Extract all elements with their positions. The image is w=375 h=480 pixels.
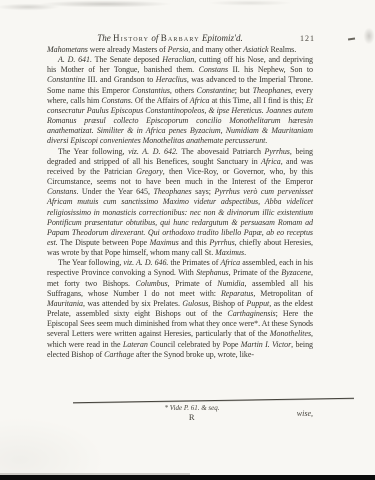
text-segment: after the Synod broke up, wrote, like- bbox=[134, 350, 254, 359]
text-segment: , was attended by six Prelates. bbox=[83, 299, 182, 308]
margin-mark bbox=[348, 38, 355, 40]
text-segment: , Primate of the bbox=[229, 268, 282, 277]
text-segment: The Senate deposed bbox=[92, 55, 162, 64]
text-segment: Constantine bbox=[47, 75, 85, 84]
text-segment: Gulosus bbox=[182, 299, 208, 308]
text-segment: , Bishop of bbox=[208, 299, 246, 308]
text-segment: Lateran bbox=[123, 340, 148, 349]
text-segment: Council celebrated by Pope bbox=[148, 340, 241, 349]
text-segment: The abovesaid Patriarch bbox=[178, 147, 265, 156]
body-paragraph: The Year following, viz. A. D. 646. the … bbox=[47, 258, 313, 360]
footnote-rule bbox=[73, 398, 354, 403]
text-segment: . Under the Year 645, bbox=[76, 187, 153, 196]
text-segment: Monothelites bbox=[270, 329, 311, 338]
text-segment: Africa bbox=[220, 258, 240, 267]
page-number: 121 bbox=[300, 34, 315, 43]
text-segment: were already Masters of bbox=[88, 45, 168, 54]
text-segment: III. and Grandson to bbox=[85, 75, 156, 84]
text-segment: The bbox=[97, 33, 113, 43]
text-segment: Heraclian bbox=[162, 55, 194, 64]
text-segment: , Primate of bbox=[168, 279, 218, 288]
text-segment: Reparatus bbox=[221, 289, 253, 298]
text-segment: , and many other bbox=[188, 45, 243, 54]
text-segment: , Metropolitan of bbox=[253, 289, 313, 298]
text-segment: II. his Nephew, Son to bbox=[228, 65, 313, 74]
text-segment: Heraclius bbox=[156, 75, 187, 84]
text-segment: Stephanus bbox=[196, 268, 228, 277]
text-segment: Carthage bbox=[104, 350, 134, 359]
text-segment: Numidia bbox=[217, 279, 244, 288]
text-segment: Constans bbox=[199, 65, 228, 74]
text-segment: of bbox=[149, 33, 161, 43]
text-segment: Pyrrhus bbox=[209, 238, 234, 247]
text-segment: . bbox=[244, 248, 246, 257]
text-segment: Byzacene bbox=[281, 268, 311, 277]
text-segment: Constans bbox=[101, 96, 130, 105]
body-text: Mahometans were already Masters of Persi… bbox=[47, 45, 313, 360]
text-segment: Theophanes bbox=[153, 187, 191, 196]
text-segment: , others bbox=[170, 86, 197, 95]
text-segment: Martin I. bbox=[241, 340, 270, 349]
body-paragraph: Mahometans were already Masters of Persi… bbox=[47, 45, 313, 55]
body-paragraph: The Year following, viz. A. D. 642. The … bbox=[47, 147, 313, 259]
text-segment: viz. A. D. 642. bbox=[128, 147, 178, 156]
text-segment: Pyrrhus bbox=[265, 147, 290, 156]
text-segment: ; but bbox=[235, 86, 253, 95]
text-segment: and this bbox=[179, 238, 210, 247]
text-segment: A. D. 641. bbox=[58, 55, 92, 64]
text-segment: Maximus bbox=[150, 238, 179, 247]
text-segment: Mahometans bbox=[47, 45, 88, 54]
text-segment: at this Time, all I find is this; bbox=[209, 96, 306, 105]
text-segment: . Of the Affairs of bbox=[131, 96, 190, 105]
text-segment: says; bbox=[192, 187, 215, 196]
text-segment: History bbox=[113, 33, 149, 43]
text-segment: Gregory bbox=[136, 167, 162, 176]
text-segment: The Dispute between Pope bbox=[58, 238, 150, 247]
text-segment: Barbary bbox=[161, 33, 200, 43]
text-segment: Mauritania bbox=[47, 299, 83, 308]
text-segment: The Year following, bbox=[58, 258, 123, 267]
text-segment: Maximus bbox=[215, 248, 244, 257]
body-paragraph: A. D. 641. The Senate deposed Heraclian,… bbox=[47, 55, 313, 146]
text-segment: Africa bbox=[261, 157, 281, 166]
text-segment: Constantine bbox=[197, 86, 235, 95]
text-segment: Constantius bbox=[132, 86, 170, 95]
running-header: The History of Barbary Epitomiz'd. 121 bbox=[47, 33, 315, 45]
text-segment: Theophanes bbox=[253, 86, 291, 95]
text-segment: Persia bbox=[168, 45, 189, 54]
text-segment: Epitomiz'd. bbox=[200, 33, 243, 43]
text-segment: Constans bbox=[47, 187, 76, 196]
text-segment: The Year following, bbox=[58, 147, 128, 156]
scan-bottom-edge bbox=[0, 475, 375, 480]
text-segment: Realms. bbox=[269, 45, 297, 54]
page-title: The History of Barbary Epitomiz'd. bbox=[47, 33, 293, 43]
text-segment: Victor bbox=[272, 340, 291, 349]
text-segment: the Primates of bbox=[168, 258, 220, 267]
text-segment: viz. A. D. 646. bbox=[123, 258, 168, 267]
text-segment: Pupput bbox=[246, 299, 269, 308]
catchword: wise, bbox=[47, 409, 313, 418]
text-segment: Columbus bbox=[136, 279, 168, 288]
text-segment: Asiatick bbox=[243, 45, 268, 54]
text-segment: Africa bbox=[190, 96, 210, 105]
text-segment: Carthaginensis bbox=[227, 309, 275, 318]
scanned-book-page: The History of Barbary Epitomiz'd. 121 M… bbox=[0, 0, 375, 480]
